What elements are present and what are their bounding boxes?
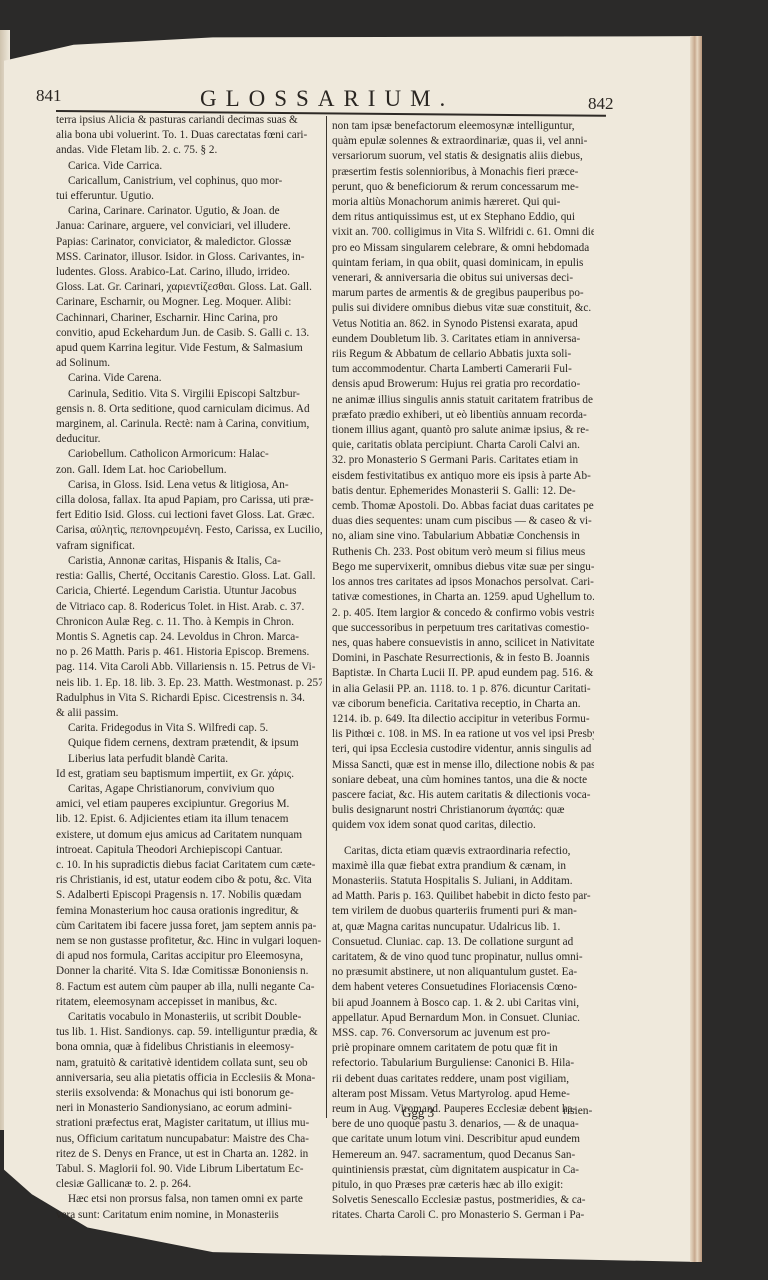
text-line: tus lib. 1. Hist. Sandionys. cap. 59. in… xyxy=(56,1025,322,1040)
text-line: non tam ipsæ benefactorum eleemosynæ int… xyxy=(332,119,594,134)
text-line: rii debent duas caritates reddere, unam … xyxy=(332,1072,594,1087)
text-line: Consuetud. Cluniac. cap. 13. De collatio… xyxy=(332,935,594,950)
text-line: eisdem festivitatibus ex antiquo more ei… xyxy=(332,469,594,484)
text-line: quie, caritatis oblata percipiunt. Chart… xyxy=(332,438,594,453)
text-line: existere, ut domum ejus amicus ad Carita… xyxy=(56,828,322,843)
text-line: neis lib. 1. Ep. 18. lib. 3. Ep. 23. Mat… xyxy=(56,676,322,691)
text-line: Liberius lata perfudit blandè Carita. xyxy=(56,752,322,767)
text-line: Missa Sancti, quæ est in mense illo, dil… xyxy=(332,758,594,773)
text-line: eundem Doubletum lib. 3. Caritates etiam… xyxy=(332,332,594,347)
text-line: Cariobellum. Catholicon Armoricum: Halac… xyxy=(56,447,322,462)
text-line: teri, qui ipsa Ecclesia custodire vident… xyxy=(332,742,594,757)
text-line: apud quem Karrina legitur. Vide Festum, … xyxy=(56,341,322,356)
page-edge xyxy=(690,36,702,1262)
text-line: 32. pro Monasterio S Germani Paris. Cari… xyxy=(332,453,594,468)
text-line: clesiæ Gallicanæ to. 2. p. 264. xyxy=(56,1177,322,1192)
text-line: tem virilem de duobus quarteriis frument… xyxy=(332,904,594,919)
text-line: Baptistæ. In Charta Lucii II. PP. apud e… xyxy=(332,666,594,681)
text-line: andas. Vide Fletam lib. 2. c. 75. § 2. xyxy=(56,143,322,158)
text-line: Carina, Carinare. Carinator. Ugutio, & J… xyxy=(56,204,322,219)
text-line: marum partes de armentis & de gregibus p… xyxy=(332,286,594,301)
text-line: di apud nos formula, Caritas accipitur p… xyxy=(56,949,322,964)
text-line: nus, Officium caritatum nuncupabatur: Ma… xyxy=(56,1132,322,1147)
text-line: nes, quas habere consuevistis in anno, s… xyxy=(332,636,594,651)
signature-mark: Ggg 3 xyxy=(402,1105,434,1121)
text-line: ad Matth. Paris p. 163. Quilibet habebit… xyxy=(332,889,594,904)
text-line: pulis sui dividere omnibus diebus vitæ s… xyxy=(332,301,594,316)
text-line: præsertim festis solennioribus, à Monach… xyxy=(332,165,594,180)
text-line: densis apud Browerum: Hujus rei gratia p… xyxy=(332,377,594,392)
text-line: Domini, in Paschate Resurrectionis, & in… xyxy=(332,651,594,666)
text-line: S. Adalberti Episcopi Pragensis n. 17. N… xyxy=(56,888,322,903)
text-line: restia: Gallis, Cherté, Occitanis Carest… xyxy=(56,569,322,584)
text-line: perunt, quo & beneficiorum & rerum conce… xyxy=(332,180,594,195)
text-line: cilla dolosa, fallax. Ita apud Papiam, p… xyxy=(56,493,322,508)
text-line: Caritas, dicta etiam quævis extraordinar… xyxy=(332,844,594,859)
text-line: steriis exsolvenda: & Monachus qui isti … xyxy=(56,1086,322,1101)
text-line: fert Editio Isid. Gloss. cui lectioni fa… xyxy=(56,508,322,523)
text-line: no, aliam sine vino. Tabularium Abbatiæ … xyxy=(332,529,594,544)
text-line: que caritate unum lotum vini. Describitu… xyxy=(332,1132,594,1147)
text-line: que successoribus in perpetuum tres cari… xyxy=(332,621,594,636)
text-line: caritatem, & de vino quod tunc propinatu… xyxy=(332,950,594,965)
text-line: Caritas, Agape Christianorum, convivium … xyxy=(56,782,322,797)
text-line: priè propinare omnem caritatem de potu q… xyxy=(332,1041,594,1056)
text-line: lis Pithœi c. 108. in MS. In ea ratione … xyxy=(332,727,594,742)
text-line: Gloss. Lat. Gr. Carinari, χαριεντίζεσθαι… xyxy=(56,280,322,295)
text-line: introeat. Capitula Theodori Archiepiscop… xyxy=(56,843,322,858)
text-line: pitulo, in quo Præses præ cæteris hæc ab… xyxy=(332,1178,594,1193)
text-line: cùm Caritatem ibi facere jussa foret, ja… xyxy=(56,919,322,934)
text-line: soniare debeat, una cùm homines tantos, … xyxy=(332,773,594,788)
text-line: & alii passim. xyxy=(56,706,322,721)
text-line: MSS. cap. 76. Conversorum ac juvenum est… xyxy=(332,1026,594,1041)
text-line: Solvetis Senescallo Ecclesiæ pastus, pos… xyxy=(332,1193,594,1208)
text-line: bii apud Joannem à Bosco cap. 1. & 2. ub… xyxy=(332,996,594,1011)
column-divider xyxy=(326,116,327,1118)
text-line: Caricallum, Canistrium, vel cophinus, qu… xyxy=(56,174,322,189)
text-line: præfato prædio exhiberi, ut eò libentiùs… xyxy=(332,408,594,423)
text-line: vixit an. 700. colligimus in Vita S. Wil… xyxy=(332,225,594,240)
text-line: Vetus Notitia an. 862. in Synodo Pistens… xyxy=(332,317,594,332)
text-line: pascere faciat, &c. His autem caritatis … xyxy=(332,788,594,803)
text-line: Janua: Carinare, arguere, vel conviciari… xyxy=(56,219,322,234)
text-line: venerari, & anniversaria die obitus sui … xyxy=(332,271,594,286)
text-line: anniversaria, seu alia pietatis officia … xyxy=(56,1071,322,1086)
text-line: Tabul. S. Maglorii fol. 90. Vide Librum … xyxy=(56,1162,322,1177)
text-line: Carita. Fridegodus in Vita S. Wilfredi c… xyxy=(56,721,322,736)
text-line: quintam feriam, in qua obiit, quasi domi… xyxy=(332,256,594,271)
text-line: gensis n. 8. Orta seditione, quod carnic… xyxy=(56,402,322,417)
text-line: c. 10. In his supradictis diebus faciat … xyxy=(56,858,322,873)
running-head: GLOSSARIUM. xyxy=(200,86,454,112)
text-line: Carica. Vide Carrica. xyxy=(56,159,322,174)
text-line: los annos tres caritates ad ipsos Monach… xyxy=(332,575,594,590)
left-column: terra ipsius Alicia & pasturas cariandi … xyxy=(56,113,322,1223)
right-column: non tam ipsæ benefactorum eleemosynæ int… xyxy=(332,119,594,1224)
text-line: strationi præfectus erat, Magister carit… xyxy=(56,1116,322,1131)
text-line: tui efferuntur. Ugutio. xyxy=(56,189,322,204)
text-line: bulis designarunt nostri Christianorum ἀ… xyxy=(332,803,594,818)
text-line: nam, gratuitò & caritativè identidem col… xyxy=(56,1056,322,1071)
text-line: no præsumit abstinere, ut non aliquantul… xyxy=(332,965,594,980)
text-line: Carisa, in Gloss. Isid. Lena vetus & lit… xyxy=(56,478,322,493)
text-line: versariorum suorum, vel statis & designa… xyxy=(332,149,594,164)
text-line: moria altiùs Monachorum animis hæreret. … xyxy=(332,195,594,210)
text-line: appellatur. Apud Bernardum Mon. in Consu… xyxy=(332,1011,594,1026)
text-line: vafram significat. xyxy=(56,539,322,554)
text-line: ad Solinum. xyxy=(56,356,322,371)
text-line: neri in Monasterio Sandionysiano, ac eor… xyxy=(56,1101,322,1116)
text-line: terra ipsius Alicia & pasturas cariandi … xyxy=(56,113,322,128)
text-line: Id est, gratiam seu baptismum impertiit,… xyxy=(56,767,322,782)
text-line: refectorio. Tabularium Burguliense: Cano… xyxy=(332,1056,594,1071)
text-line: ritez de S. Denys en France, ut est in C… xyxy=(56,1147,322,1162)
text-line: 2. p. 405. Item largior & concedo & conf… xyxy=(332,606,594,621)
text-line: batis dentur. Ephemerides Monasterii S. … xyxy=(332,484,594,499)
text-line: Ruthenis Ch. 233. Post obitum verò meum … xyxy=(332,545,594,560)
text-line: tum accommodentur. Charta Lamberti Camer… xyxy=(332,362,594,377)
text-line: bere de uno quoque pastu 3. denarios, — … xyxy=(332,1117,594,1132)
text-line: Papias: Carinator, conviciator, & maledi… xyxy=(56,235,322,250)
text-line: Carina. Vide Carena. xyxy=(56,371,322,386)
text-line: deducitur. xyxy=(56,432,322,447)
text-line: cemb. Thomæ Apostoli. Do. Abbas faciat d… xyxy=(332,499,594,514)
text-line: amici, vel etiam pauperes excipiuntur. G… xyxy=(56,797,322,812)
text-line: Montis S. Agnetis cap. 24. Levoldus in C… xyxy=(56,630,322,645)
text-line: de Vitriaco cap. 8. Rodericus Tolet. in … xyxy=(56,600,322,615)
text-line: Caristia, Annonæ caritas, Hispanis & Ita… xyxy=(56,554,322,569)
text-line: pag. 114. Vita Caroli Abb. Villariensis … xyxy=(56,660,322,675)
text-line: Quique fidem cernens, dextram prætendit,… xyxy=(56,736,322,751)
text-line: Hæc etsi non prorsus falsa, non tamen om… xyxy=(56,1192,322,1207)
text-line: dem habent veteres Consuetudines Floriac… xyxy=(332,980,594,995)
text-line: quintiniensis præstat, cùm dignitatem au… xyxy=(332,1163,594,1178)
text-line: ritates. Charta Caroli C. pro Monasterio… xyxy=(332,1208,594,1223)
text-line: Bego me supervixerit, omnibus diebus vit… xyxy=(332,560,594,575)
text-line: tionem illius agant, quantò pro salute a… xyxy=(332,423,594,438)
text-line: Chronicon Aulæ Reg. c. 11. Tho. à Kempis… xyxy=(56,615,322,630)
text-line: ludentes. Gloss. Arabico-Lat. Carino, il… xyxy=(56,265,322,280)
text-line: væ ciborum beneficia. Caritativa recepti… xyxy=(332,697,594,712)
text-line: 1214. ib. p. 649. Ita dilectio accipitur… xyxy=(332,712,594,727)
text-line: Carinula, Seditio. Vita S. Virgilii Epis… xyxy=(56,387,322,402)
text-line: no p. 26 Matth. Paris p. 461. Historia E… xyxy=(56,645,322,660)
page-number-left: 841 xyxy=(36,86,62,106)
text-line: Carinare, Escharnir, ou Mogner. Leg. Moq… xyxy=(56,295,322,310)
text-line: alteram post Missam. Vetus Martyrolog. a… xyxy=(332,1087,594,1102)
text-line: Donner la charité. Vita S. Idæ Comitissæ… xyxy=(56,964,322,979)
text-line: pro eo Missam singularem celebrare, & om… xyxy=(332,241,594,256)
text-line: lib. 12. Epist. 6. Adjicientes etiam ita… xyxy=(56,812,322,827)
text-line: marginem, al. Carinula. Rectè: nam à Car… xyxy=(56,417,322,432)
text-line: Monasteriis. Statuta Hospitalis S. Julia… xyxy=(332,874,594,889)
text-line: duas dies sequentes: unam cum piscibus —… xyxy=(332,514,594,529)
text-line: Caritatis vocabulo in Monasteriis, ut sc… xyxy=(56,1010,322,1025)
text-line: Hemereum an. 947. sacramentum, quod Deca… xyxy=(332,1148,594,1163)
text-line: ne animæ illius singulis annis statuit c… xyxy=(332,393,594,408)
text-line: Radulphus in Vita S. Richardi Episc. Cic… xyxy=(56,691,322,706)
text-line: ris Christianis, id est, utatur eodem ci… xyxy=(56,873,322,888)
text-line: Carisa, αὐλητὶς, πεπονηρευμένη. Festo, C… xyxy=(56,523,322,538)
text-line: tativæ comestiones, in Charta an. 1259. … xyxy=(332,590,594,605)
text-line: nem se non gustasse profitetur, &c. Hinc… xyxy=(56,934,322,949)
text-line: at, quæ Magna caritas nuncupatur. Udalri… xyxy=(332,920,594,935)
text-line: riis Regum & Abbatum de cellario Abbatis… xyxy=(332,347,594,362)
text-line: bona omnia, quæ à fidelibus Christianis … xyxy=(56,1040,322,1055)
text-line: reum in Aug. Viromand. Pauperes Ecclesiæ… xyxy=(332,1102,594,1117)
text-line: zon. Gall. Idem Lat. hoc Cariobellum. xyxy=(56,463,322,478)
text-line: alia bona ubi voluerint. To. 1. Duas car… xyxy=(56,128,322,143)
page-number-right: 842 xyxy=(588,94,614,114)
text-line: maximè illa quæ fiebat extra prandium & … xyxy=(332,859,594,874)
text-line: convitio, apud Eckehardum Jun. de Casib.… xyxy=(56,326,322,341)
catchword: risien- xyxy=(563,1105,592,1117)
text-line: ritatem, eleemosynam accepisset in manib… xyxy=(56,995,322,1010)
text-line: Cachinnari, Chariner, Escharnir. Hinc Ca… xyxy=(56,311,322,326)
text-line: dem ritus antiquissimus est, ut ex Steph… xyxy=(332,210,594,225)
text-line: quàm epulæ solennes & extraordinariæ, qu… xyxy=(332,134,594,149)
text-line: 8. Factum est autem cùm pauper ab illa, … xyxy=(56,980,322,995)
text-line: in alia Gelasii PP. an. 1118. to. 1 p. 8… xyxy=(332,682,594,697)
text-line: femina Monasterium hoc causa orationis i… xyxy=(56,904,322,919)
text-line: Caricia, Chierté. Legendum Caristia. Utu… xyxy=(56,584,322,599)
text-line: MSS. Carinator, illusor. Isidor. in Glos… xyxy=(56,250,322,265)
text-line: vera sunt: Caritatum enim nomine, in Mon… xyxy=(56,1208,322,1223)
text-line: quidem vox idem sonat quod caritas, dile… xyxy=(332,818,594,833)
